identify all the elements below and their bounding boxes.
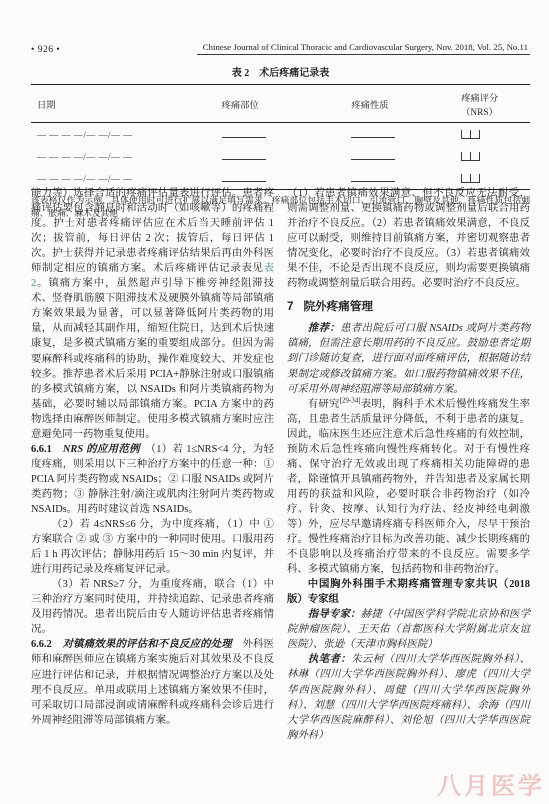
section-6-6-1: 6.6.1 NRS 的应用范例 （1）若 1≤NRS<4 分，为轻度疼痛，则采用… — [31, 442, 274, 517]
authors-paragraph: 执笔者：朱云柯（四川大学华西医院胸外科）、林琳（四川大学华西医院胸外科）、廖虎（… — [287, 652, 530, 742]
table-header-pain-nature: 疼痛性质 — [345, 85, 455, 123]
section-6-6-1-number: 6.6.1 — [31, 444, 52, 455]
journal-title: Chinese Journal of Clinical Thoracic and… — [197, 42, 530, 55]
table-row: — — — —/— —/— — — [31, 145, 530, 167]
section-6-6-2-number: 6.6.2 — [31, 639, 52, 650]
journal-page: • 926 • Chinese Journal of Clinical Thor… — [0, 0, 549, 804]
page-header: • 926 • Chinese Journal of Clinical Thor… — [31, 42, 530, 55]
expert-group-title: 中国胸外科围手术期疼痛管理专家共识（2018 版）专家组 — [287, 577, 530, 607]
body-columns: 能力等）选择合适的疼痛评估量表进行评估。患者疼痛评估要包含静息时和活动时（如咳嗽… — [31, 186, 530, 743]
date-blank: — — — —/— —/— — — [31, 123, 216, 146]
date-blank: — — — —/— —/— — — [31, 145, 216, 167]
table-row: — — — —/— —/— — — [31, 123, 530, 146]
table-header-date: 日期 — [31, 85, 216, 123]
authors-label: 执笔者： — [308, 654, 351, 665]
table-title: 表 2 术后疼痛记录表 — [31, 64, 530, 79]
table-header-pain-location: 疼痛部位 — [216, 85, 346, 123]
paragraph: （3）若 NRS≥7 分，为重度疼痛，联合（1）中三种治疗方案同时使用，并持续追… — [31, 577, 274, 637]
page-number: • 926 • — [31, 45, 60, 55]
paragraph-text: 能力等）选择合适的疼痛评估量表进行评估。患者疼痛评估要包含静息时和活动时（如咳嗽… — [31, 188, 274, 274]
paragraph-text: 朱云柯（四川大学华西医院胸外科）、林琳（四川大学华西医院胸外科）、廖虎（四川大学… — [287, 654, 530, 740]
left-column: 能力等）选择合适的疼痛评估量表进行评估。患者疼痛评估要包含静息时和活动时（如咳嗽… — [31, 186, 274, 743]
section-7-title: 院外疼痛管理 — [303, 300, 373, 313]
recommendation-paragraph: 推荐：患者出院后可口服 NSAIDs 或阿片类药物镇痛，但需注意长期用药的不良反… — [287, 321, 530, 396]
right-column: （1）若患者镇痛效果满意、但不良反应无法耐受，则需调整剂量、更换镇痛药物或调整剂… — [287, 186, 530, 743]
paragraph: 能力等）选择合适的疼痛评估量表进行评估。患者疼痛评估要包含静息时和活动时（如咳嗽… — [31, 186, 274, 442]
paragraph-text: 。镇痛方案中，虽然超声引导下椎旁神经阻滞技术、竖脊肌筋膜下阻滞技术及硬膜外镇痛等… — [31, 278, 274, 439]
pain-record-table: 日期 疼痛部位 疼痛性质 疼痛评分（NRS） — — — —/— —/— — —… — [31, 84, 530, 190]
pain-location-blank-line — [222, 129, 266, 138]
recommendation-label: 推荐： — [308, 323, 340, 334]
citation-reference[interactable]: [29-34] — [340, 396, 361, 404]
section-7-heading: 7院外疼痛管理 — [287, 299, 530, 314]
research-paragraph: 有研究[29-34]表明，胸科手术术后慢性疼痛发生率高，且患者生活质量评分降低，… — [287, 397, 530, 578]
nrs-score-box — [470, 174, 480, 183]
watermark: 八月医学 — [437, 766, 545, 801]
pain-location-blank-line — [222, 151, 266, 160]
nrs-score-box — [470, 130, 480, 139]
pain-nature-blank-line — [351, 129, 395, 138]
advisors-label: 指导专家： — [308, 609, 361, 620]
section-6-6-2-title: 对镇痛效果的评估和不良反应的处理 — [63, 639, 232, 650]
pain-location-blank-line — [222, 173, 266, 182]
table-header-pain-score-nrs: 疼痛评分（NRS） — [455, 85, 530, 123]
paragraph: （1）若患者镇痛效果满意、但不良反应无法耐受，则需调整剂量、更换镇痛药物或调整剂… — [287, 186, 530, 291]
paragraph-text: 表明，胸科手术术后慢性疼痛发生率高，且患者生活质量评分降低，不利于患者的康复。因… — [287, 399, 530, 576]
paragraph: （2）若 4≤NRS≤6 分，为中度疼痛，（1）中 ① 方案联合 ② 或 ③ 方… — [31, 517, 274, 577]
section-6-6-1-title: NRS 的应用范例 — [63, 444, 140, 455]
advisors-paragraph: 指导专家：赫捷（中国医学科学院北京协和医学院肿瘤医院）、王天佑（首都医科大学附属… — [287, 607, 530, 652]
nrs-score-box — [470, 152, 480, 161]
section-7-number: 7 — [287, 300, 293, 313]
pain-nature-blank-line — [351, 173, 395, 182]
table-header-row: 日期 疼痛部位 疼痛性质 疼痛评分（NRS） — [31, 85, 530, 123]
paragraph-text: 有研究 — [308, 399, 340, 410]
pain-nature-blank-line — [351, 151, 395, 160]
paragraph-text: 外科医师和麻醉医师应在镇痛方案实施后对其效果及不良反应进行评估和记录，并根据情况… — [31, 639, 274, 725]
section-6-6-2: 6.6.2 对镇痛效果的评估和不良反应的处理 外科医师和麻醉医师应在镇痛方案实施… — [31, 637, 274, 727]
